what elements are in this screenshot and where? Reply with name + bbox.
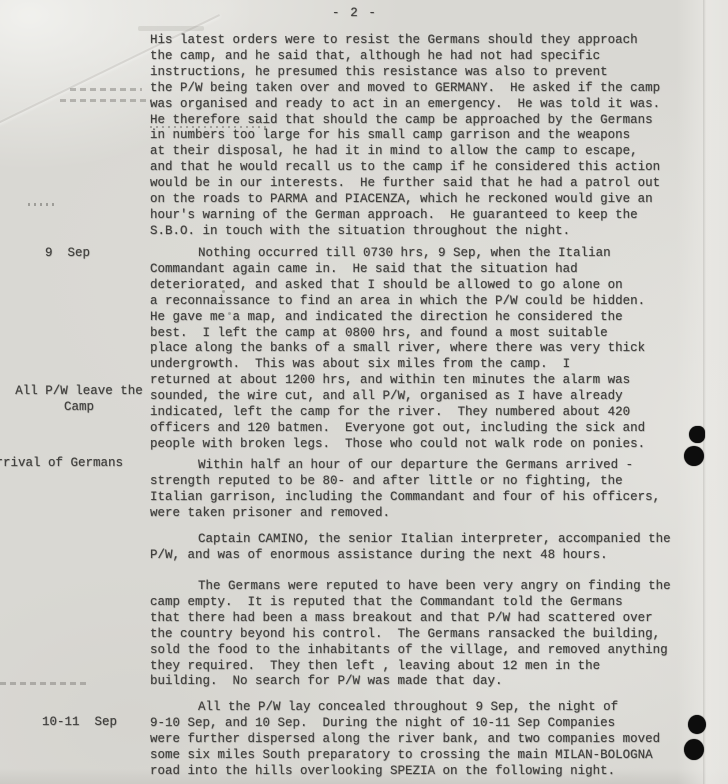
ink-blot-mark [688,715,706,734]
erased-text-smudge [70,88,142,91]
paragraph-germans-arrive: Within half an hour of our departure the… [150,458,690,522]
ink-blot-mark [684,739,704,760]
margin-note-arrival-of-germans: Arrival of Germans [0,456,123,472]
margin-note-9-sep: 9 Sep [45,246,90,262]
paragraph-latest-orders: His latest orders were to resist the Ger… [150,33,690,240]
margin-ink-smudge [28,203,56,206]
ink-blot-mark [689,426,705,443]
page-number: - 2 - [332,6,378,22]
paragraph-germans-ransack: The Germans were reputed to have been ve… [150,579,690,690]
paragraph-9-sep-reconnaissance: Nothing occurred till 0730 hrs, 9 Sep, w… [150,246,690,453]
paragraph-10-11-sep-dispersal: All the P/W lay concealed throughout 9 S… [150,700,690,780]
pencil-smudge [138,26,204,31]
margin-note-all-pw-leave-camp: All P/W leave the Camp [12,384,146,416]
margin-note-10-11-sep: 10-11 Sep [42,715,117,731]
paper-fold-crease-right [703,0,728,784]
scanned-document-page: - 2 - 9 Sep All P/W leave the Camp Arriv… [0,0,728,784]
ink-blot-mark [684,446,704,466]
paragraph-captain-camino: Captain CAMINO, the senior Italian inter… [150,532,690,564]
erased-text-smudge [60,99,152,102]
edge-smudge [0,682,86,685]
